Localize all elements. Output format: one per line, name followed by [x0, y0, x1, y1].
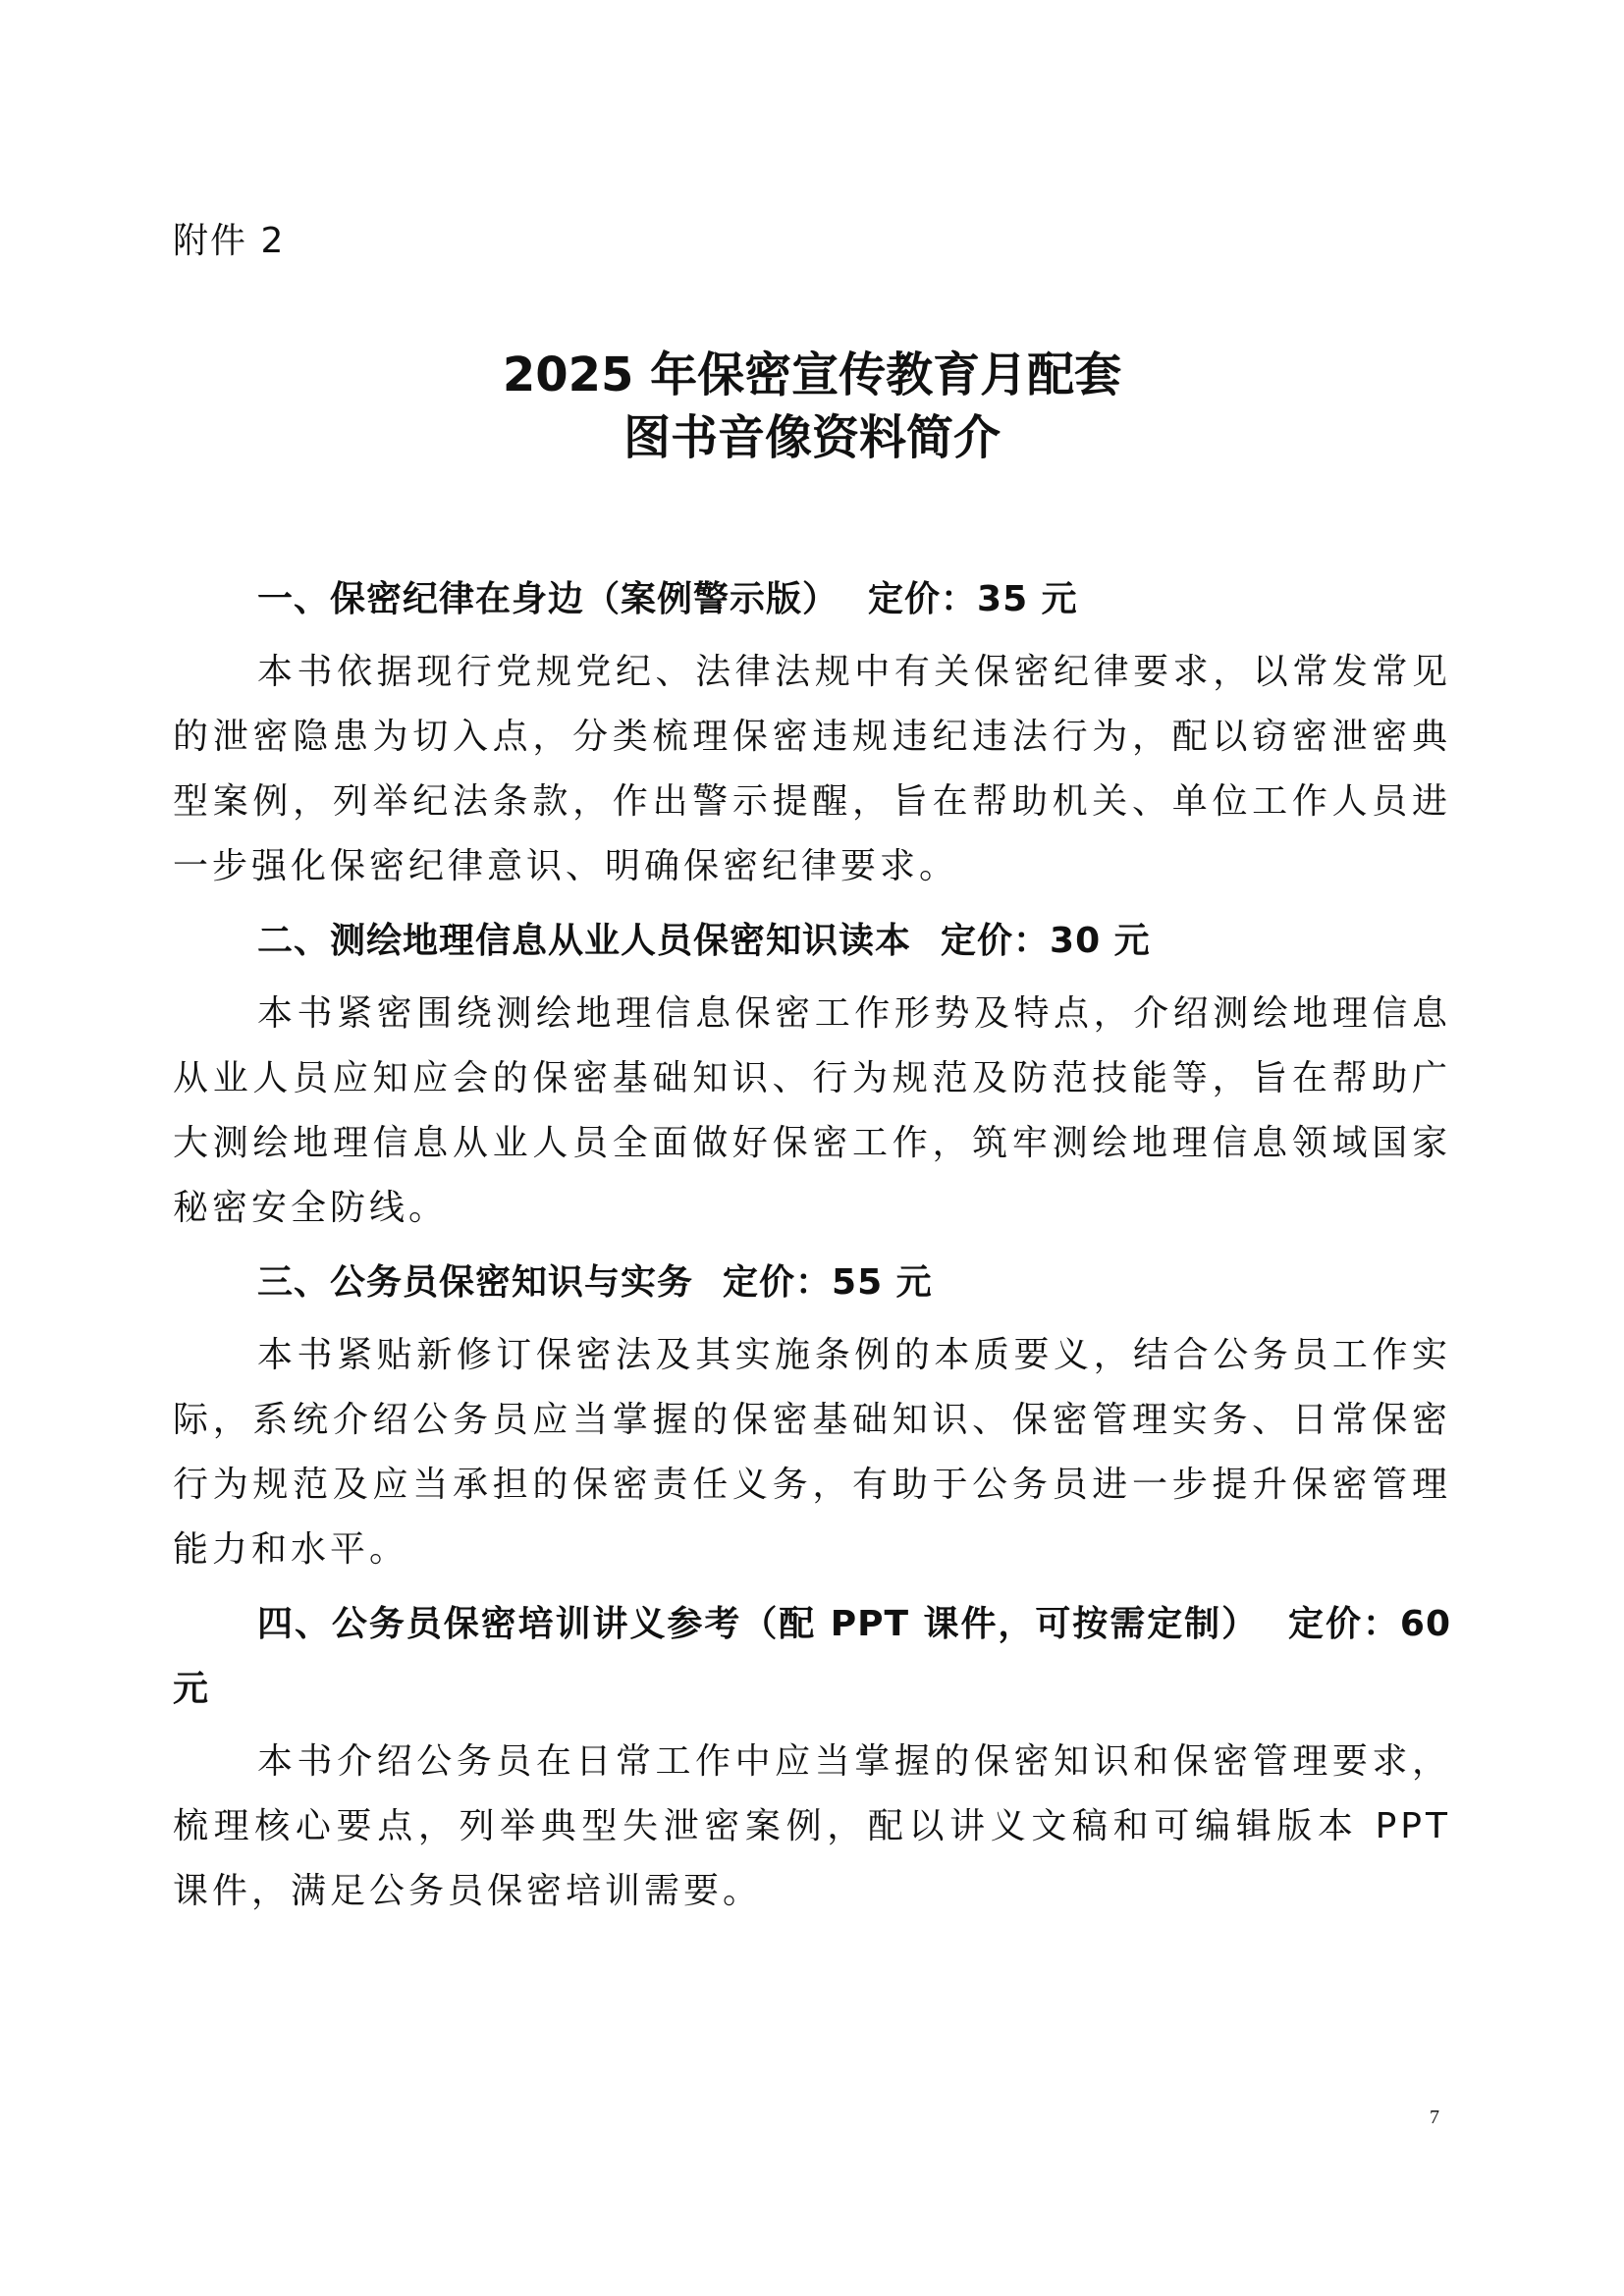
book-section-4: 四、公务员保密培训讲义参考（配 PPT 课件，可按需定制）定价：60 元 本书介…: [173, 1592, 1451, 1924]
book-section-2: 二、测绘地理信息从业人员保密知识读本定价：30 元 本书紧密围绕测绘地理信息保密…: [173, 909, 1451, 1241]
section-description: 本书介绍公务员在日常工作中应当掌握的保密知识和保密管理要求，梳理核心要点，列举典…: [173, 1730, 1451, 1924]
section-heading: 四、公务员保密培训讲义参考（配 PPT 课件，可按需定制）定价：60 元: [173, 1592, 1451, 1722]
section-price: 定价：55 元: [723, 1262, 933, 1303]
section-title: 保密纪律在身边（案例警示版）: [330, 579, 839, 619]
section-heading: 二、测绘地理信息从业人员保密知识读本定价：30 元: [173, 909, 1451, 974]
section-price: 定价：35 元: [868, 579, 1078, 619]
section-number: 三、: [257, 1262, 330, 1303]
section-number: 二、: [257, 921, 330, 961]
section-description: 本书紧密围绕测绘地理信息保密工作形势及特点，介绍测绘地理信息从业人员应知应会的保…: [173, 982, 1451, 1241]
document-content: 一、保密纪律在身边（案例警示版）定价：35 元 本书依据现行党规党纪、法律法规中…: [173, 567, 1451, 1934]
document-title: 2025 年保密宣传教育月配套 图书音像资料简介: [0, 344, 1624, 469]
document-page: 附件 2 2025 年保密宣传教育月配套 图书音像资料简介 一、保密纪律在身边（…: [0, 0, 1624, 2296]
book-section-1: 一、保密纪律在身边（案例警示版）定价：35 元 本书依据现行党规党纪、法律法规中…: [173, 567, 1451, 899]
section-number: 一、: [257, 579, 330, 619]
section-title: 公务员保密培训讲义参考（配 PPT 课件，可按需定制）: [332, 1604, 1259, 1644]
document-title-line-1: 2025 年保密宣传教育月配套: [0, 344, 1624, 406]
section-description: 本书紧贴新修订保密法及其实施条例的本质要义，结合公务员工作实际，系统介绍公务员应…: [173, 1323, 1451, 1582]
section-title: 公务员保密知识与实务: [330, 1262, 693, 1303]
attachment-label: 附件 2: [173, 212, 285, 271]
section-heading: 一、保密纪律在身边（案例警示版）定价：35 元: [173, 567, 1451, 632]
section-description: 本书依据现行党规党纪、法律法规中有关保密纪律要求，以常发常见的泄密隐患为切入点，…: [173, 640, 1451, 899]
section-price: 定价：30 元: [941, 921, 1151, 961]
book-section-3: 三、公务员保密知识与实务定价：55 元 本书紧贴新修订保密法及其实施条例的本质要…: [173, 1251, 1451, 1582]
page-number: 7: [1430, 2107, 1439, 2129]
section-heading: 三、公务员保密知识与实务定价：55 元: [173, 1251, 1451, 1315]
document-title-line-2: 图书音像资料简介: [0, 406, 1624, 469]
section-number: 四、: [257, 1604, 332, 1644]
section-title: 测绘地理信息从业人员保密知识读本: [330, 921, 911, 961]
